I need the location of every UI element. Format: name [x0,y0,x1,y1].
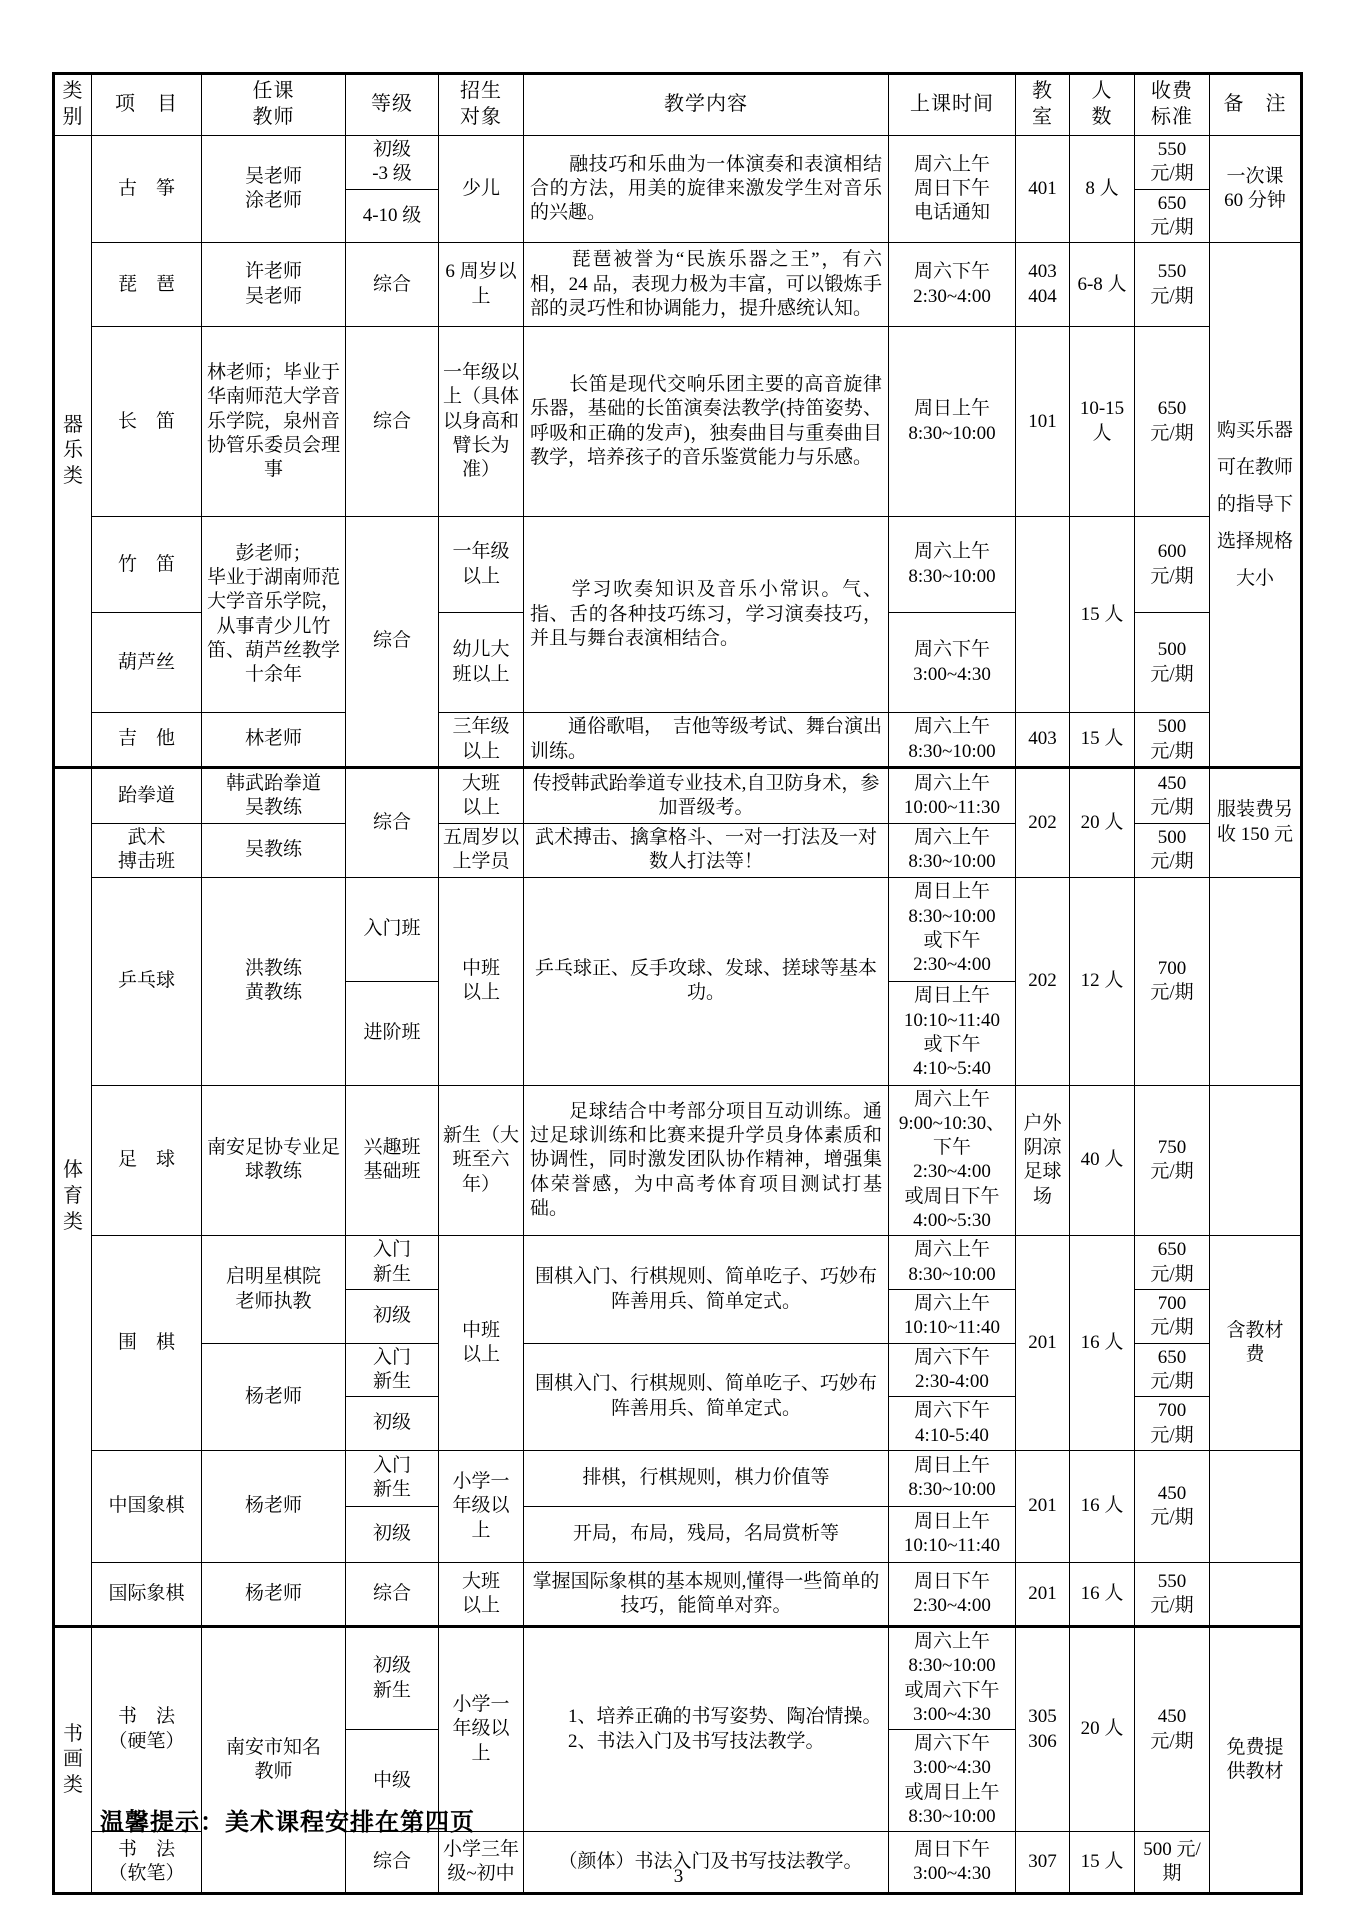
football-fee: 750 元/期 [1135,1085,1210,1236]
row-xiangqi-a: 中国象棋 杨老师 入门 新生 小学一 年级以 上 排棋，行棋规则，棋力价值等 周… [54,1450,1302,1506]
weiqi-teacher-a: 启明星棋院 老师执教 [202,1236,346,1343]
course-schedule-table: 类 别 项 目 任课 教师 等级 招生 对象 教学内容 上课时间 教 室 人 数… [52,72,1303,1895]
header-size: 人 数 [1070,74,1135,136]
jita-fee: 500 元/期 [1135,713,1210,768]
hulusi-project: 葫芦丝 [92,613,202,713]
football-content: 足球结合中考部分项目互动训练。通过足球训练和比赛来提升学员身体素质和协调性，同时… [524,1085,889,1236]
header-target: 招生 对象 [439,74,524,136]
xiangqi-content-b: 开局，布局，残局，名局赏析等 [524,1506,889,1562]
header-fee: 收费 标准 [1135,74,1210,136]
weiqi-time-b2: 周六下午 4:10-5:40 [889,1397,1016,1451]
zhudi-project: 竹 笛 [92,517,202,613]
zhudi-hulusi-teacher: 彭老师； 毕业于湖南师范大学音乐学院，从事青少儿竹笛、葫芦丝教学十余年 [202,517,346,713]
instrument-group-remark: 购买乐器 可在教师 的指导下 选择规格 大小 [1210,243,1302,768]
shufa-teacher: 南安市知名 教师 [202,1626,346,1894]
zhudi-target: 一年级 以上 [439,517,524,613]
changdi-teacher: 林老师；毕业于华南师范大学音乐学院，泉州音协管乐委员会理事 [202,327,346,517]
weiqi-fee-a1: 650 元/期 [1135,1236,1210,1290]
weiqi-level-b1: 入门 新生 [346,1343,439,1397]
row-taekwondo: 体 育 类 跆拳道 韩武跆拳道 吴教练 综合 大班 以上 传授韩武跆拳道专业技术… [54,767,1302,823]
pingpong-level-a: 入门班 [346,877,439,981]
hulusi-target: 幼儿大 班以上 [439,613,524,713]
header-time: 上课时间 [889,74,1016,136]
guzheng-size: 8 人 [1070,136,1135,243]
page-number: 3 [0,1866,1357,1888]
weiqi-project: 围 棋 [92,1236,202,1451]
header-row: 类 别 项 目 任课 教师 等级 招生 对象 教学内容 上课时间 教 室 人 数… [54,74,1302,136]
football-room: 户外 阴凉 足球 场 [1016,1085,1070,1236]
row-football: 足 球 南安足协专业足球教练 兴趣班 基础班 新生（大班至六年） 足球结合中考部… [54,1085,1302,1236]
pipa-fee: 550 元/期 [1135,243,1210,327]
jita-room: 403 [1016,713,1070,768]
guzheng-level-b: 4-10 级 [346,189,439,243]
wushu-project: 武术 搏击班 [92,823,202,877]
pingpong-time-b: 周日上午 10:10~11:40 或下午 4:10~5:40 [889,981,1016,1085]
row-pingpong-a: 乒乓球 洪教练 黄教练 入门班 中班 以上 乒乓球正、反手攻球、发球、搓球等基本… [54,877,1302,981]
header-room: 教 室 [1016,74,1070,136]
xiangqi-level-b: 初级 [346,1506,439,1562]
category-art: 书 画 类 [54,1626,92,1894]
guzheng-content: 融技巧和乐曲为一体演奏和表演相结合的方法，用美的旋律来激发学生对音乐的兴趣。 [524,136,889,243]
chess-target: 大班 以上 [439,1562,524,1626]
changdi-fee: 650 元/期 [1135,327,1210,517]
weiqi-level-b2: 初级 [346,1397,439,1451]
pingpong-remark [1210,877,1302,1085]
wushu-teacher: 吴教练 [202,823,346,877]
row-chess: 国际象棋 杨老师 综合 大班 以上 掌握国际象棋的基本规则,懂得一些简单的技巧，… [54,1562,1302,1626]
zhudi-content: 学习吹奏知识及音乐小常识。气、指、舌的各种技巧练习，学习演奏技巧，并且与舞台表演… [524,517,889,713]
shufa-ying-room: 305 306 [1016,1626,1070,1832]
pingpong-time-a: 周日上午 8:30~10:00 或下午 2:30~4:00 [889,877,1016,981]
zhudi-size: 15 人 [1070,517,1135,713]
taekwondo-time: 周六上午 10:00~11:30 [889,767,1016,823]
guzheng-level-a: 初级 -3 级 [346,136,439,190]
football-remark [1210,1085,1302,1236]
pipa-content: 琵琶被誉为“民族乐器之王”，有六相，24 品，表现力极为丰富，可以锻炼手部的灵巧… [524,243,889,327]
xiangqi-content-a: 排棋，行棋规则，棋力价值等 [524,1450,889,1506]
xiangqi-size: 16 人 [1070,1450,1135,1562]
xiangqi-teacher: 杨老师 [202,1450,346,1562]
category-instrument: 器 乐 类 [54,136,92,768]
weiqi-size: 16 人 [1070,1236,1135,1451]
header-category: 类 别 [54,74,92,136]
shufa-ying-content: 1、培养正确的书写姿势、陶冶情操。 2、书法入门及书写技法教学。 [524,1626,889,1832]
wushu-time: 周六上午 8:30~10:00 [889,823,1016,877]
jita-size: 15 人 [1070,713,1135,768]
changdi-room: 101 [1016,327,1070,517]
chess-fee: 550 元/期 [1135,1562,1210,1626]
taekwondo-content: 传授韩武跆拳道专业技术,自卫防身术，参加晋级考。 [524,767,889,823]
pipa-time: 周六下午 2:30~4:00 [889,243,1016,327]
row-pipa: 琵 琶 许老师 吴老师 综合 6 周岁以上 琵琶被誉为“民族乐器之王”，有六相，… [54,243,1302,327]
chess-level: 综合 [346,1562,439,1626]
shufa-remark: 免费提 供教材 [1210,1626,1302,1894]
wushu-target: 五周岁以 上学员 [439,823,524,877]
xiangqi-time-a: 周日上午 8:30~10:00 [889,1450,1016,1506]
row-jita: 吉 他 林老师 三年级 以上 通俗歌唱， 吉他等级考试、舞台演出训练。 周六上午… [54,713,1302,768]
pipa-size: 6-8 人 [1070,243,1135,327]
chess-size: 16 人 [1070,1562,1135,1626]
chess-content: 掌握国际象棋的基本规则,懂得一些简单的技巧，能简单对弈。 [524,1562,889,1626]
pipa-target: 6 周岁以上 [439,243,524,327]
xiangqi-target: 小学一 年级以 上 [439,1450,524,1562]
weiqi-level-a2: 初级 [346,1290,439,1344]
header-teacher: 任课 教师 [202,74,346,136]
chess-project: 国际象棋 [92,1562,202,1626]
changdi-level: 综合 [346,327,439,517]
taekwondo-fee: 450 元/期 [1135,767,1210,823]
football-level: 兴趣班 基础班 [346,1085,439,1236]
header-level: 等级 [346,74,439,136]
jita-target: 三年级 以上 [439,713,524,768]
xiangqi-time-b: 周日上午 10:10~11:40 [889,1506,1016,1562]
row-weiqi-a1: 围 棋 启明星棋院 老师执教 入门 新生 中班 以上 围棋入门、行棋规则、简单吃… [54,1236,1302,1290]
taekwondo-wushu-remark: 服装费另 收 150 元 [1210,767,1302,877]
weiqi-room: 201 [1016,1236,1070,1451]
guzheng-teacher: 吴老师 涂老师 [202,136,346,243]
shufa-ying-time-b: 周六下午 3:00~4:30 或周日上午 8:30~10:00 [889,1730,1016,1832]
changdi-time: 周日上午 8:30~10:00 [889,327,1016,517]
guzheng-room: 401 [1016,136,1070,243]
xiangqi-level-a: 入门 新生 [346,1450,439,1506]
pingpong-target: 中班 以上 [439,877,524,1085]
pingpong-teacher: 洪教练 黄教练 [202,877,346,1085]
pingpong-fee: 700 元/期 [1135,877,1210,1085]
taekwondo-target: 大班 以上 [439,767,524,823]
changdi-content: 长笛是现代交响乐团主要的高音旋律乐器，基础的长笛演奏法教学(持笛姿势、呼吸和正确… [524,327,889,517]
football-project: 足 球 [92,1085,202,1236]
weiqi-time-b1: 周六下午 2:30-4:00 [889,1343,1016,1397]
chess-remark [1210,1562,1302,1626]
taekwondo-project: 跆拳道 [92,767,202,823]
row-changdi: 长 笛 林老师；毕业于华南师范大学音乐学院，泉州音协管乐委员会理事 综合 一年级… [54,327,1302,517]
weiqi-target: 中班 以上 [439,1236,524,1451]
jita-content: 通俗歌唱， 吉他等级考试、舞台演出训练。 [524,713,889,768]
football-teacher: 南安足协专业足球教练 [202,1085,346,1236]
weiqi-fee-b2: 700 元/期 [1135,1397,1210,1451]
row-zhudi: 竹 笛 彭老师； 毕业于湖南师范大学音乐学院，从事青少儿竹笛、葫芦丝教学十余年 … [54,517,1302,613]
football-time: 周六上午 9:00~10:30、 下午 2:30~4:00 或周日下午 4:00… [889,1085,1016,1236]
jita-project: 吉 他 [92,713,202,768]
guzheng-remark: 一次课 60 分钟 [1210,136,1302,243]
weiqi-content-b: 围棋入门、行棋规则、简单吃子、巧妙布阵善用兵、简单定式。 [524,1343,889,1450]
zhudi-room [1016,517,1070,713]
taekwondo-level: 综合 [346,767,439,877]
weiqi-teacher-b: 杨老师 [202,1343,346,1450]
category-sport: 体 育 类 [54,767,92,1626]
document-page: 类 别 项 目 任课 教师 等级 招生 对象 教学内容 上课时间 教 室 人 数… [0,0,1357,1920]
changdi-size: 10-15 人 [1070,327,1135,517]
row-guzheng-a: 器 乐 类 古 筝 吴老师 涂老师 初级 -3 级 少儿 融技巧和乐曲为一体演奏… [54,136,1302,190]
header-project: 项 目 [92,74,202,136]
wushu-content: 武术搏击、擒拿格斗、一对一打法及一对数人打法等！ [524,823,889,877]
weiqi-remark: 含教材 费 [1210,1236,1302,1451]
zhudi-time: 周六上午 8:30~10:00 [889,517,1016,613]
xiangqi-remark [1210,1450,1302,1562]
football-target: 新生（大班至六年） [439,1085,524,1236]
chess-time: 周日下午 2:30~4:00 [889,1562,1016,1626]
pingpong-project: 乒乓球 [92,877,202,1085]
guzheng-target: 少儿 [439,136,524,243]
taekwondo-room: 202 [1016,767,1070,877]
shufa-ying-size: 20 人 [1070,1626,1135,1832]
jita-time: 周六上午 8:30~10:00 [889,713,1016,768]
wushu-fee: 500 元/期 [1135,823,1210,877]
weiqi-content-a: 围棋入门、行棋规则、简单吃子、巧妙布阵善用兵、简单定式。 [524,1236,889,1343]
pipa-level: 综合 [346,243,439,327]
weiqi-level-a1: 入门 新生 [346,1236,439,1290]
header-content: 教学内容 [524,74,889,136]
shufa-ying-level-a: 初级 新生 [346,1626,439,1729]
pipa-project: 琵 琶 [92,243,202,327]
row-shufa-ying-a: 书 画 类 书 法 （硬笔） 南安市知名 教师 初级 新生 小学一 年级以 上 … [54,1626,1302,1729]
chess-teacher: 杨老师 [202,1562,346,1626]
pingpong-size: 12 人 [1070,877,1135,1085]
guzheng-project: 古 筝 [92,136,202,243]
weiqi-fee-b1: 650 元/期 [1135,1343,1210,1397]
footer-note: 温馨提示：美术课程安排在第四页 [100,1802,475,1837]
xiangqi-project: 中国象棋 [92,1450,202,1562]
taekwondo-size: 20 人 [1070,767,1135,877]
header-remark: 备 注 [1210,74,1302,136]
xiangqi-fee: 450 元/期 [1135,1450,1210,1562]
taekwondo-teacher: 韩武跆拳道 吴教练 [202,767,346,823]
weiqi-time-a2: 周六上午 10:10~11:40 [889,1290,1016,1344]
zhudi-fee: 600 元/期 [1135,517,1210,613]
pipa-room: 403 404 [1016,243,1070,327]
pingpong-level-b: 进阶班 [346,981,439,1085]
pipa-teacher: 许老师 吴老师 [202,243,346,327]
shufa-ying-fee: 450 元/期 [1135,1626,1210,1832]
hulusi-fee: 500 元/期 [1135,613,1210,713]
weiqi-fee-a2: 700 元/期 [1135,1290,1210,1344]
football-size: 40 人 [1070,1085,1135,1236]
xiangqi-room: 201 [1016,1450,1070,1562]
weiqi-time-a1: 周六上午 8:30~10:00 [889,1236,1016,1290]
hulusi-time: 周六下午 3:00~4:30 [889,613,1016,713]
zhudi-level: 综合 [346,517,439,768]
pingpong-room: 202 [1016,877,1070,1085]
changdi-project: 长 笛 [92,327,202,517]
shufa-ying-time-a: 周六上午 8:30~10:00 或周六下午 3:00~4:30 [889,1626,1016,1729]
chess-room: 201 [1016,1562,1070,1626]
guzheng-fee-a: 550 元/期 [1135,136,1210,190]
changdi-target: 一年级以上（具体以身高和臂长为准） [439,327,524,517]
guzheng-fee-b: 650 元/期 [1135,189,1210,243]
pingpong-content: 乒乓球正、反手攻球、发球、搓球等基本功。 [524,877,889,1085]
jita-teacher: 林老师 [202,713,346,768]
guzheng-time: 周六上午 周日下午 电话通知 [889,136,1016,243]
